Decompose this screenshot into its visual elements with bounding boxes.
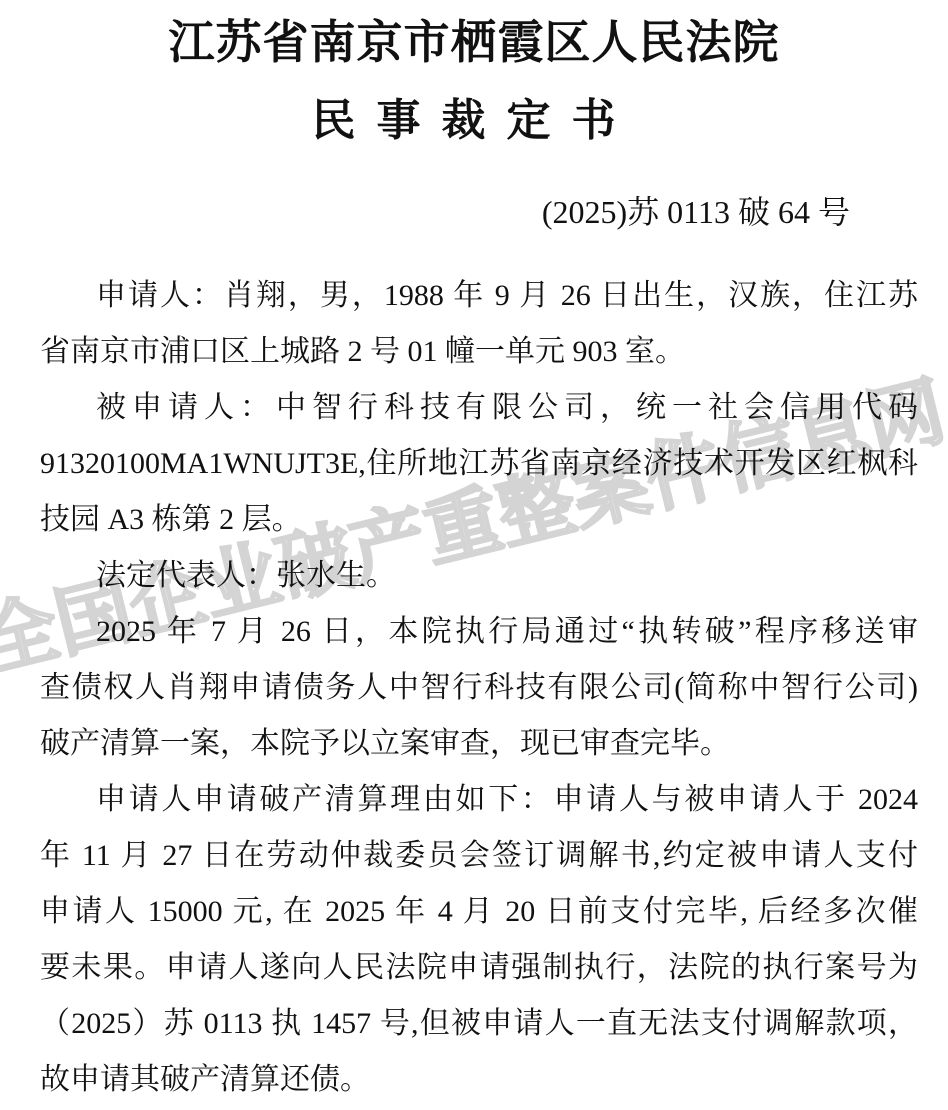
court-name: 江苏省南京市栖霞区人民法院 [0,16,948,70]
doc-line: 技园 A3 栋第 2 层。 [40,492,918,548]
document-type-title: 民事裁定书 [0,96,948,146]
doc-line: 故申请其破产清算还债。 [40,1052,918,1108]
doc-line: （2025）苏 0113 执 1457 号,但被申请人一直无法支付调解款项， [40,996,918,1052]
document-body: 申请人：肖翔，男，1988 年 9 月 26 日出生，汉族，住江苏省南京市浦口区… [0,268,948,1108]
doc-line: 查债权人肖翔申请债务人中智行科技有限公司(简称中智行公司) [40,660,918,716]
document-page: 全国企业破产重整案件信息网 江苏省南京市栖霞区人民法院 民事裁定书 (2025)… [0,0,948,1110]
doc-line: 申请人 15000 元, 在 2025 年 4 月 20 日前支付完毕, 后经多… [40,884,918,940]
document-content: 江苏省南京市栖霞区人民法院 民事裁定书 (2025)苏 0113 破 64 号 … [0,16,948,1108]
doc-line: 2025 年 7 月 26 日，本院执行局通过“执转破”程序移送审 [40,604,918,660]
doc-line: 91320100MA1WNUJT3E,住所地江苏省南京经济技术开发区红枫科 [40,436,918,492]
doc-line: 年 11 月 27 日在劳动仲裁委员会签订调解书,约定被申请人支付 [40,828,918,884]
doc-line: 破产清算一案，本院予以立案审查，现已审查完毕。 [40,716,918,772]
doc-line: 申请人申请破产清算理由如下：申请人与被申请人于 2024 [40,772,918,828]
case-number: (2025)苏 0113 破 64 号 [0,192,948,232]
doc-line: 法定代表人：张水生。 [40,548,918,604]
doc-line: 被申请人：中智行科技有限公司，统一社会信用代码 [40,380,918,436]
doc-line: 省南京市浦口区上城路 2 号 01 幢一单元 903 室。 [40,324,918,380]
doc-line: 要未果。申请人遂向人民法院申请强制执行，法院的执行案号为 [40,940,918,996]
doc-line: 申请人：肖翔，男，1988 年 9 月 26 日出生，汉族，住江苏 [40,268,918,324]
